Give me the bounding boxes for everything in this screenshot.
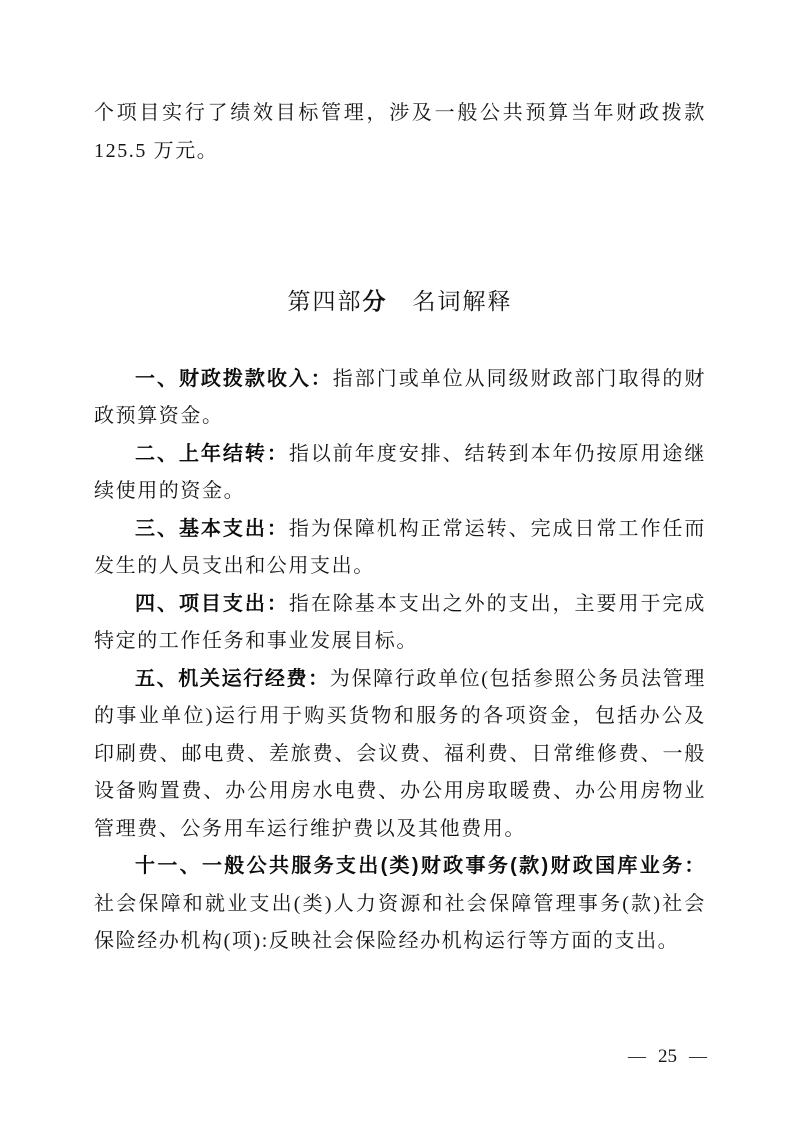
section-title-rest: 名词解释	[388, 289, 513, 314]
term-lead: 五、机关运行经费：	[135, 668, 330, 690]
page-number: 25	[658, 1046, 677, 1067]
term-lead: 四、项目支出：	[135, 593, 289, 615]
term-lead: 二、上年结转：	[135, 443, 289, 465]
term-paragraph: 四、项目支出：指在除基本支出之外的支出，主要用于完成特定的工作任务和事业发展目标…	[94, 586, 706, 661]
term-definition: 社会保障和就业支出(类)人力资源和社会保障管理事务(款)社会保险经办机构(项):…	[94, 893, 706, 953]
continuation-paragraph: 个项目实行了绩效目标管理，涉及一般公共预算当年财政拨款125.5 万元。	[94, 95, 706, 170]
term-lead: 三、基本支出：	[135, 518, 289, 540]
term-paragraph: 三、基本支出：指为保障机构正常运转、完成日常工作任而发生的人员支出和公用支出。	[94, 511, 706, 586]
term-lead: 一、财政拨款收入：	[135, 368, 333, 390]
section-title-pre: 第四部	[288, 289, 363, 314]
section-title: 第四部分 名词解释	[94, 283, 706, 321]
footer-right-dash: —	[689, 1046, 707, 1066]
footer-left-dash: —	[628, 1046, 646, 1066]
term-paragraph: 一、财政拨款收入：指部门或单位从同级财政部门取得的财政预算资金。	[94, 361, 706, 436]
term-paragraph: 五、机关运行经费：为保障行政单位(包括参照公务员法管理的事业单位)运行用于购买货…	[94, 661, 706, 849]
section-title-emphasis: 分	[363, 289, 388, 314]
term-paragraph: 十一、一般公共服务支出(类)财政事务(款)财政国库业务：社会保障和就业支出(类)…	[94, 848, 706, 961]
page-footer: —25—	[628, 1046, 707, 1068]
term-paragraph: 二、上年结转：指以前年度安排、结转到本年仍按原用途继续使用的资金。	[94, 436, 706, 511]
term-definition: 为保障行政单位(包括参照公务员法管理的事业单位)运行用于购买货物和服务的各项资金…	[94, 668, 706, 840]
term-lead: 十一、一般公共服务支出(类)财政事务(款)财政国库业务：	[135, 855, 706, 877]
document-page: 个项目实行了绩效目标管理，涉及一般公共预算当年财政拨款125.5 万元。 第四部…	[0, 0, 793, 1122]
page-body: 个项目实行了绩效目标管理，涉及一般公共预算当年财政拨款125.5 万元。 第四部…	[94, 95, 706, 961]
